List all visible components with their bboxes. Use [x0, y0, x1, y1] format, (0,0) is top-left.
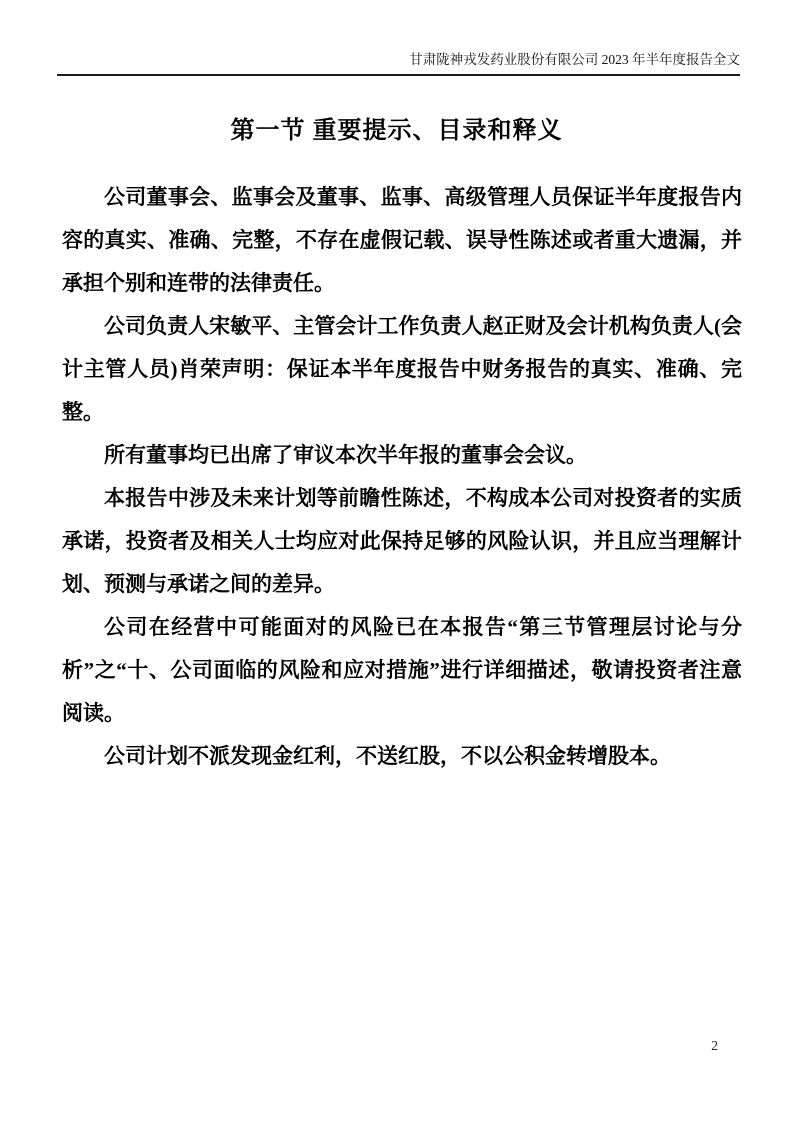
- paragraph-responsible-persons: 公司负责人宋敏平、主管会计工作负责人赵正财及会计机构负责人(会计主管人员)肖荣声…: [62, 305, 742, 434]
- paragraph-dividend-plan: 公司计划不派发现金红利，不送红股，不以公积金转增股本。: [62, 735, 742, 778]
- paragraph-board-guarantee: 公司董事会、监事会及董事、监事、高级管理人员保证半年度报告内容的真实、准确、完整…: [62, 176, 742, 305]
- document-body: 公司董事会、监事会及董事、监事、高级管理人员保证半年度报告内容的真实、准确、完整…: [62, 176, 742, 778]
- page-header: 甘肃陇神戎发药业股份有限公司 2023 年半年度报告全文: [57, 51, 740, 69]
- paragraph-forward-looking-statements: 本报告中涉及未来计划等前瞻性陈述，不构成本公司对投资者的实质承诺，投资者及相关人…: [62, 477, 742, 606]
- paragraph-risk-disclosure: 公司在经营中可能面对的风险已在本报告“第三节管理层讨论与分析”之“十、公司面临的…: [62, 606, 742, 735]
- report-page: 甘肃陇神戎发药业股份有限公司 2023 年半年度报告全文 第一节 重要提示、目录…: [0, 0, 793, 1122]
- header-divider: [57, 74, 740, 76]
- section-title: 第一节 重要提示、目录和释义: [0, 110, 793, 145]
- paragraph-directors-attendance: 所有董事均已出席了审议本次半年报的董事会会议。: [62, 434, 742, 477]
- page-number: 2: [711, 1038, 718, 1054]
